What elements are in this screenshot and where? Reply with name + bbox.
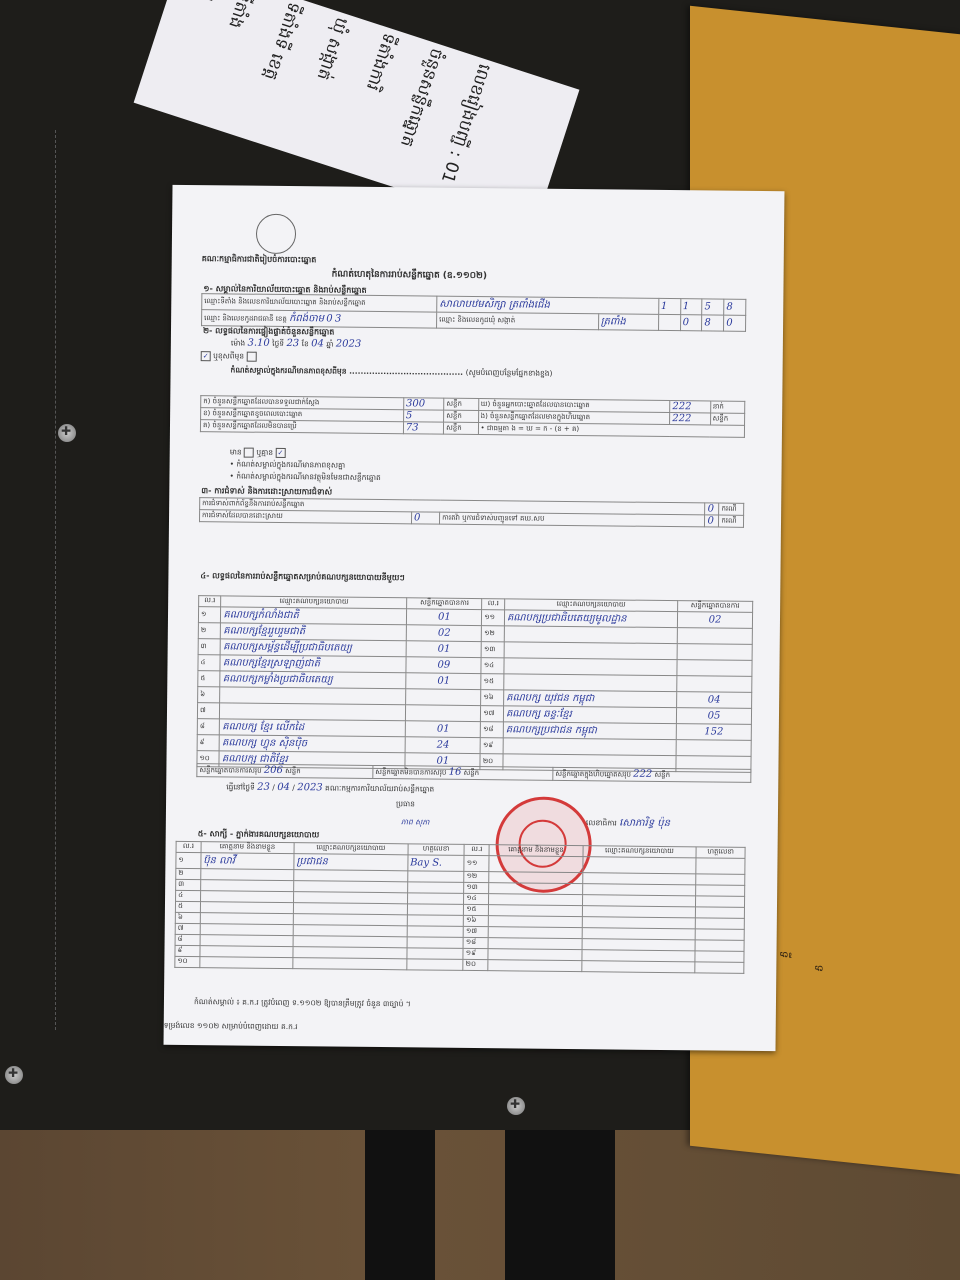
table-cell: ១៤ (481, 658, 504, 674)
table-cell (504, 642, 677, 660)
table-cell: ៤ (176, 890, 201, 901)
table-cell (489, 856, 582, 873)
commune-code-2: 8 (702, 315, 724, 331)
table-cell: ១២ (464, 871, 489, 882)
paper-line: ឃុំ សង្កាត់ (311, 14, 355, 83)
table-cell: គណបក្សកម្លាំងប្រជាធិបតេយ្យ (220, 671, 406, 689)
table-cell: ១៥ (481, 674, 504, 690)
form-title: កំណត់ហេតុនៃការរាប់សន្លឹកឆ្នោត (ឧ.១១០២) (332, 268, 488, 283)
table-cell: ២០ (463, 959, 488, 970)
table-cell: គណបក្សកំលាំងជាតិ (221, 607, 407, 625)
table-cell: 01 (406, 721, 481, 738)
paper-line: ទីតាំងការិ (360, 30, 402, 94)
table-cell: ១២ (482, 626, 505, 642)
commune-code-3: 0 (724, 315, 746, 331)
table-cell (407, 926, 464, 938)
unit: នាក់ (710, 401, 745, 413)
table-cell: ២ (176, 868, 201, 879)
table-cell (407, 937, 464, 949)
table-cell (200, 957, 293, 969)
col-no: ល.រ (199, 596, 222, 607)
table-cell (220, 703, 406, 721)
unit: សន្លឹក (710, 413, 745, 425)
formula: • ជាធម្មតា ង = ឃ = ក - (ខ + គ) (478, 423, 745, 438)
table-cell: គណបក្ស ខ្មែរ លើកដៃ (220, 719, 406, 737)
unit: សន្លឹក (444, 398, 479, 410)
province-value: កំពង់ចាម (289, 313, 324, 324)
table-cell: ៩ (175, 945, 200, 956)
col-signature: ហត្ថលេខា (408, 844, 465, 856)
table-cell: ១១ (482, 610, 505, 626)
table-cell: គណបក្សខ្មែរស្រឡាញ់ជាតិ (220, 655, 406, 673)
table-cell: ១៤ (464, 893, 489, 904)
table-cell: 02 (677, 612, 752, 629)
election-form: គណៈកម្មាធិការជាតិរៀបចំការបោះឆ្នោត កំណត់ហ… (164, 185, 785, 1051)
table-cell: ៦ (198, 687, 221, 703)
count-received: 300 (403, 398, 443, 410)
table-cell: ១៣ (464, 882, 489, 893)
table-cell (406, 689, 481, 706)
table-cell (293, 958, 407, 970)
table-cell: ១ (198, 607, 221, 623)
table-cell: ៩ (197, 735, 220, 751)
table-cell: ៣ (198, 639, 221, 655)
table-cell: ១៦ (481, 690, 504, 706)
chair-signature: ភាព សុភា (401, 817, 430, 828)
table-cell: ១៥ (464, 904, 489, 915)
table-cell (503, 738, 676, 756)
table-cell: គណបក្ស យុវជន កម្ពុជា (504, 690, 677, 708)
table-cell: ៧ (197, 703, 220, 719)
table-cell (696, 885, 745, 897)
seal-status: ✓ ឬខុសពីមុន (201, 351, 257, 363)
table-cell: គណបក្សប្រជាជន កម្ពុជា (503, 722, 676, 740)
table-cell: 24 (406, 737, 481, 754)
chair-label: ប្រធាន (396, 799, 415, 810)
match-status: មាន ឬគ្មាន ✓ (230, 447, 286, 459)
total-invalid: សន្លឹកឆ្នោតមិនបានការសរុប 16 សន្លឹក (373, 765, 553, 780)
commune-value: ត្រពាំង (598, 314, 658, 331)
section2-datetime: ម៉ោង 3.10 ថ្ងៃទី 23 ខែ 04 ឆ្នាំ 2023 (231, 337, 361, 350)
envelope-label: ទី (775, 950, 793, 960)
col-no: ល.រ (464, 844, 489, 855)
table-cell (407, 904, 464, 916)
unsealed-checkbox[interactable] (246, 352, 256, 362)
table-cell: ១១ (464, 855, 489, 871)
table-cell: ៣ (176, 879, 201, 890)
table-cell (677, 644, 752, 661)
table-cell (407, 948, 464, 960)
table-cell (220, 687, 406, 705)
table-cell (407, 882, 464, 894)
station-code-2: 1 (680, 299, 702, 315)
table-cell: Bay S. (408, 855, 465, 872)
table-cell (677, 676, 752, 693)
table-cell: ១០ (175, 956, 200, 967)
col-no: ល.រ (482, 599, 505, 610)
col-votes: សន្លឹកឆ្នោតបានការ (407, 598, 482, 610)
table-cell (504, 674, 677, 692)
paper-line: ទី (190, 0, 217, 3)
station-code-1: 1 (658, 298, 680, 314)
count-voters: 222 (670, 401, 710, 413)
table-cell (676, 740, 751, 757)
paper-line: លេខរៀងបញ្ជី : 01 (435, 61, 497, 187)
table-cell: 04 (677, 692, 752, 709)
ballot-count-table: ក) ចំនួនសន្លឹកឆ្នោតដែលបានទទួលជាក់ស្តែង 3… (200, 395, 745, 438)
table-cell: 02 (407, 625, 482, 642)
table-cell: ៦ (175, 912, 200, 923)
table-cell: គណបក្សប្រជាធិបតេយ្យមូលដ្ឋាន (504, 610, 677, 628)
table-cell (677, 628, 752, 645)
table-cell: ៨ (197, 719, 220, 735)
table-cell: គណបក្ស ហ្វុន ស៊ិនប៉ិច (220, 735, 406, 753)
table-cell (407, 915, 464, 927)
footnote: កំណត់សម្គាល់ ៖ គ.ក.រ ត្រូវបំពេញ ទ.១១០២ ឱ… (194, 997, 411, 1010)
table-cell: ៥ (175, 901, 200, 912)
station-code-4: 8 (724, 299, 746, 315)
count-in-box: 222 (670, 413, 710, 425)
table-cell: ១៨ (481, 722, 504, 738)
table-cell (695, 929, 744, 941)
table-cell: ១៧ (481, 706, 504, 722)
party-results-table: ល.រ ឈ្មោះគណបក្សនយោបាយ សន្លឹកឆ្នោតបានការ … (196, 595, 753, 773)
table-cell: ៧ (175, 923, 200, 934)
table-cell: ១៧ (463, 926, 488, 937)
complaints-counting: 0 (705, 503, 719, 515)
complaints-forwarded-label: ការតវ៉ា ឬការជំទាស់បញ្ជូនទៅ គឃ.សប (440, 512, 705, 527)
commune-label: ឈ្មោះ និងលេខកូដឃុំ សង្កាត់ (437, 312, 599, 330)
table-cell (406, 959, 463, 971)
table-cell: គណបក្សខ្មែររួបរួមជាតិ (221, 623, 407, 641)
col-votes: សន្លឹកឆ្នោតបានការ (678, 601, 753, 613)
paper-line: ទីតាំងទី ខេត្ត (258, 0, 307, 83)
screw-icon (507, 1097, 525, 1115)
count-spoiled: 5 (403, 410, 443, 422)
table-cell (407, 871, 464, 883)
table-cell (407, 893, 464, 905)
table-cell: ១ (176, 852, 201, 868)
envelope-label: ទ (810, 963, 828, 973)
screw-icon (5, 1066, 23, 1084)
table-cell (504, 658, 677, 676)
secretary: លេខាធិការ សោភារិទ្ធ ប៉ុន (586, 815, 670, 831)
commune-code-1: 0 (680, 315, 702, 331)
screw-icon (58, 424, 76, 442)
match-yes-checkbox[interactable] (244, 448, 254, 458)
org-name: គណៈកម្មាធិការជាតិរៀបចំការបោះឆ្នោត (202, 253, 317, 266)
section5-title: ៥- សាក្សី - ភ្នាក់ងារគណបក្សនយោបាយ (198, 828, 320, 841)
table-cell: ១៦ (464, 915, 489, 926)
table-cell: 05 (676, 708, 751, 725)
station-value: សាលាបឋមសិក្សា ត្រពាំងជើង (437, 296, 659, 314)
table-cell (696, 896, 745, 908)
table-cell (696, 858, 745, 875)
complaints-forwarded: 0 (705, 515, 719, 527)
section4-title: ៤- លទ្ធផលនៃការរាប់សន្លឹកឆ្នោតសម្រាប់គណបក… (200, 570, 404, 584)
col-no: ល.រ (176, 841, 201, 852)
match-no-checkbox[interactable]: ✓ (275, 448, 285, 458)
table-cell: ប៊ុន លាវី (201, 853, 294, 870)
unit: ករណី (719, 515, 744, 527)
form-footer: ទម្រង់លេខ ១១០២ សម្រាប់បំពេញដោយ គ.ក.រ (164, 1021, 298, 1033)
signing-date: ធ្វើនៅថ្ងៃទី 23 / 04 / 2023 គណៈកម្មការកា… (226, 781, 434, 795)
table-cell (406, 705, 481, 722)
complaints-resolved-label: ការជំទាស់ដែលបានដោះស្រាយ (199, 510, 411, 524)
unit: សន្លឹក (444, 410, 479, 422)
table-cell: គណបក្សសម្ព័ន្ធដើម្បីប្រជាធិបតេយ្យ (221, 639, 407, 657)
witness-table: ល.រ គោត្តនាម និងនាមខ្លួន ឈ្មោះគណបក្សនយោប… (174, 841, 745, 974)
table-cell (488, 960, 581, 972)
table-cell: ប្រជាជន (294, 854, 408, 871)
paper-line: ចំនួនសន្លឹកឆ្នោត (394, 45, 449, 150)
sealed-checkbox[interactable]: ✓ (201, 351, 211, 361)
col-signature: ហត្ថលេខា (696, 847, 745, 859)
table-cell: 01 (407, 609, 482, 626)
table-cell: 152 (676, 724, 751, 741)
shoe-left (365, 1130, 435, 1280)
shoe-right (505, 1130, 615, 1280)
bullet-note: • កំណត់សម្គាល់ក្នុងករណីមានភាពខុសគ្នា (230, 459, 346, 471)
table-cell: 01 (406, 673, 481, 690)
table-cell (582, 857, 696, 874)
table-cell: 09 (406, 657, 481, 674)
table-cell (695, 951, 744, 963)
table-cell (581, 961, 695, 973)
table-cell (696, 907, 745, 919)
station-code-3: 5 (702, 299, 724, 315)
table-cell: ៤ (198, 655, 221, 671)
table-cell (695, 940, 744, 952)
complaints-table: ការជំទាស់ពាក់ព័ន្ធនឹងការរាប់សន្លឹកឆ្នោត0… (199, 497, 744, 528)
unit: សន្លឹក (444, 422, 479, 434)
table-cell (695, 962, 744, 974)
table-cell (504, 626, 677, 644)
emblem-icon (256, 214, 296, 254)
table-cell: ១៩ (480, 738, 503, 754)
unit: ករណី (719, 503, 744, 515)
count-unused: 73 (403, 422, 443, 434)
section2-note: កំណត់សម្គាល់ក្នុងករណីមានភាពខុសពីមុន ....… (231, 365, 553, 379)
paper-line: ទីតាំង (222, 0, 257, 32)
total-valid: សន្លឹកឆ្នោតបានការសរុប 206 សន្លឹក (197, 764, 373, 779)
table-cell: ១៩ (463, 948, 488, 959)
total-in-box: សន្លឹកឆ្នោតក្នុងហិបឆ្នោតសរុប 222 សន្លឹក (553, 767, 751, 782)
table-cell: 01 (407, 641, 482, 658)
table-cell: គណបក្ស ឆន្ទៈខ្មែរ (503, 706, 676, 724)
table-cell (677, 660, 752, 677)
table-cell: ២ (198, 623, 221, 639)
table-cell: ៨ (175, 934, 200, 945)
section2-title: ២- លទ្ធផលនៃការផ្ទៀងផ្ទាត់ចំនួនសន្លឹកឆ្នោ… (203, 325, 334, 338)
table-cell: ១៣ (481, 642, 504, 658)
count-row-label: គ) ចំនួនសន្លឹកឆ្នោតដែលមិនបានប្រើ (200, 420, 403, 434)
table-cell: ១៨ (463, 937, 488, 948)
table-cell (696, 874, 745, 886)
table-cell (695, 918, 744, 930)
complaints-resolved: 0 (412, 512, 440, 524)
table-cell: ៥ (198, 671, 221, 687)
table-edge (55, 130, 68, 1030)
bullet-note: • កំណត់សម្គាល់ក្នុងករណីមានវត្ថុមិនមែនជាស… (229, 471, 380, 484)
